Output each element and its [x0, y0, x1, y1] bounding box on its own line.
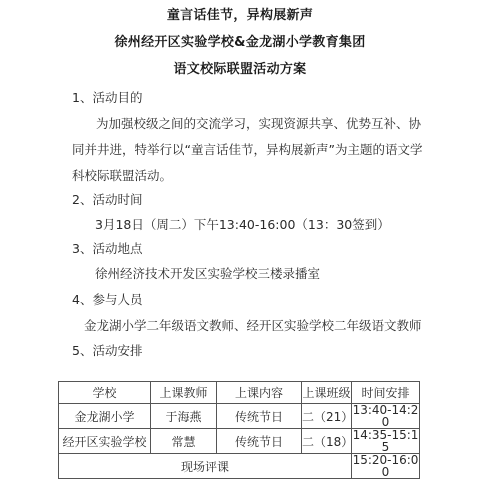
- header-time: 时间安排: [352, 382, 420, 404]
- table-header-row: 学校 上课教师 上课内容 上课班级 时间安排: [59, 382, 420, 404]
- section-body-participants: 金龙湖小学二年级语文教师、经开区实验学校二年级语文教师: [84, 316, 422, 334]
- table-row: 金龙湖小学 于海燕 传统节日 二（21） 13:40-14:20: [59, 404, 420, 429]
- cell-teacher: 于海燕: [151, 404, 217, 429]
- section-heading-schedule: 5、活动安排: [72, 341, 142, 359]
- section-body-location: 徐州经济技术开发区实验学校三楼录播室: [95, 264, 320, 282]
- document-title-line-1: 童言话佳节，异构展新声: [0, 4, 480, 23]
- table-row-review: 现场评课 15:20-16:00: [59, 454, 420, 479]
- cell-time: 13:40-14:20: [352, 404, 420, 429]
- cell-content: 传统节日: [217, 404, 302, 429]
- section-heading-time: 2、活动时间: [72, 190, 142, 208]
- cell-time: 15:20-16:00: [352, 454, 420, 479]
- section-heading-purpose: 1、活动目的: [72, 88, 142, 106]
- section-body-purpose-line-3: 科校际联盟活动。: [72, 166, 172, 184]
- section-heading-location: 3、活动地点: [72, 239, 142, 257]
- table-row: 经开区实验学校 常慧 传统节日 二（18） 14:35-15:15: [59, 429, 420, 454]
- header-class: 上课班级: [302, 382, 352, 404]
- cell-review-label: 现场评课: [59, 454, 352, 479]
- header-school: 学校: [59, 382, 151, 404]
- document-title-line-2: 徐州经开区实验学校&金龙湖小学教育集团: [0, 31, 480, 50]
- cell-teacher: 常慧: [151, 429, 217, 454]
- header-content: 上课内容: [217, 382, 302, 404]
- document-title-line-3: 语文校际联盟活动方案: [0, 58, 480, 77]
- section-body-time: 3月18日（周二）下午13:40-16:00（13：30签到）: [95, 215, 390, 233]
- cell-class: 二（21）: [302, 404, 352, 429]
- cell-content: 传统节日: [217, 429, 302, 454]
- schedule-table: 学校 上课教师 上课内容 上课班级 时间安排 金龙湖小学 于海燕 传统节日 二（…: [58, 381, 420, 479]
- section-body-purpose-line-2: 同并井进，特举行以“童言话佳节，异构展新声”为主题的语文学: [72, 140, 422, 158]
- section-heading-participants: 4、参与人员: [72, 290, 142, 308]
- cell-class: 二（18）: [302, 429, 352, 454]
- cell-school: 金龙湖小学: [59, 404, 151, 429]
- cell-school: 经开区实验学校: [59, 429, 151, 454]
- section-body-purpose-line-1: 为加强校级之间的交流学习，实现资源共享、优势互补、协: [96, 114, 421, 132]
- header-teacher: 上课教师: [151, 382, 217, 404]
- cell-time: 14:35-15:15: [352, 429, 420, 454]
